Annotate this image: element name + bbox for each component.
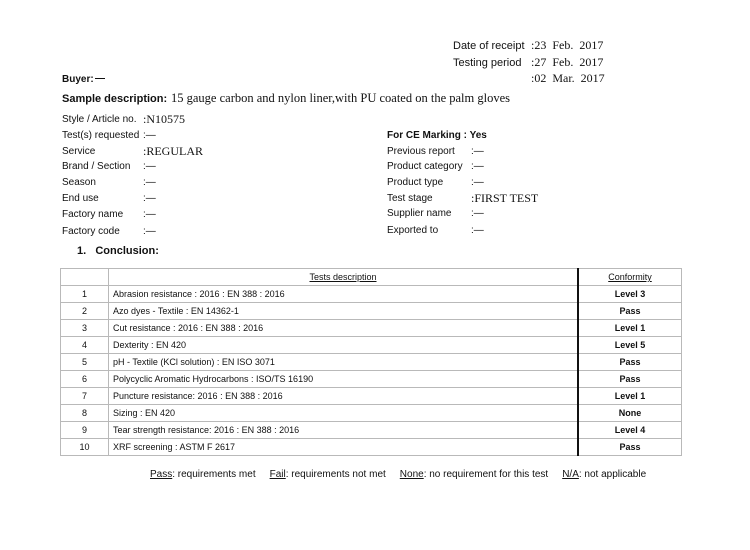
row-conformity: Pass <box>578 303 682 320</box>
right-field-value: :— <box>471 208 484 219</box>
row-number: 6 <box>61 371 109 388</box>
row-description: Azo dyes - Textile : EN 14362-1 <box>109 303 579 320</box>
right-field-label: Previous report <box>387 146 455 157</box>
table-row: 4Dexterity : EN 420Level 5 <box>61 337 682 354</box>
buyer-label: Buyer: <box>62 74 94 85</box>
row-description: Cut resistance : 2016 : EN 388 : 2016 <box>109 320 579 337</box>
left-field-value: :— <box>143 130 156 141</box>
header-conformity: Conformity <box>578 269 682 286</box>
left-field-value: :— <box>143 226 156 237</box>
testing-period-label: Testing period <box>453 57 522 69</box>
right-field-value: :— <box>471 177 484 188</box>
row-description: Tear strength resistance: 2016 : EN 388 … <box>109 422 579 439</box>
row-conformity: Level 5 <box>578 337 682 354</box>
row-description: Abrasion resistance : 2016 : EN 388 : 20… <box>109 286 579 303</box>
right-field-label: Product type <box>387 177 443 188</box>
row-number: 5 <box>61 354 109 371</box>
ce-marking: For CE Marking : Yes <box>387 130 487 141</box>
table-row: 9Tear strength resistance: 2016 : EN 388… <box>61 422 682 439</box>
row-number: 2 <box>61 303 109 320</box>
left-field-label: Service <box>62 146 95 157</box>
row-number: 3 <box>61 320 109 337</box>
sample-description-value: 15 gauge carbon and nylon liner,with PU … <box>171 91 510 106</box>
row-conformity: Pass <box>578 371 682 388</box>
legend-term: N/A <box>562 469 579 480</box>
right-field-label: Exported to <box>387 225 438 236</box>
legend-term: None <box>400 469 424 480</box>
legend-term: Fail <box>270 469 286 480</box>
right-field-label: Test stage <box>387 193 433 204</box>
row-conformity: None <box>578 405 682 422</box>
right-field-label: Supplier name <box>387 208 451 219</box>
right-field-value: :— <box>471 146 484 157</box>
table-row: 8Sizing : EN 420None <box>61 405 682 422</box>
table-row: 5pH - Textile (KCl solution) : EN ISO 30… <box>61 354 682 371</box>
legend-text: : requirements not met <box>286 469 386 480</box>
left-field-label: Brand / Section <box>62 161 130 172</box>
conclusion-table: Tests description Conformity 1Abrasion r… <box>60 268 682 456</box>
left-field-label: Factory code <box>62 226 120 237</box>
row-description: Puncture resistance: 2016 : EN 388 : 201… <box>109 388 579 405</box>
row-conformity: Level 1 <box>578 320 682 337</box>
right-field-value: :FIRST TEST <box>471 191 538 206</box>
sample-description-label: Sample description: <box>62 93 167 105</box>
table-header-row: Tests description Conformity <box>61 269 682 286</box>
left-field-value: :REGULAR <box>143 144 203 159</box>
left-field-value: :— <box>143 177 156 188</box>
row-conformity: Pass <box>578 439 682 456</box>
header-tests-description: Tests description <box>109 269 579 286</box>
date-of-receipt-label: Date of receipt <box>453 40 525 52</box>
legend-item: None: no requirement for this test <box>400 469 548 480</box>
testing-period-end: :02 Mar. 2017 <box>531 71 605 86</box>
left-field-value: :N10575 <box>143 112 185 127</box>
left-field-label: Style / Article no. <box>62 114 136 125</box>
testing-period-start: :27 Feb. 2017 <box>531 55 603 70</box>
conclusion-heading: 1. Conclusion: <box>77 245 159 257</box>
row-number: 8 <box>61 405 109 422</box>
left-field-label: End use <box>62 193 99 204</box>
legend-text: : no requirement for this test <box>424 469 549 480</box>
row-number: 10 <box>61 439 109 456</box>
left-field-value: :— <box>143 161 156 172</box>
left-field-label: Season <box>62 177 96 188</box>
left-field-value: :— <box>143 193 156 204</box>
table-row: 7Puncture resistance: 2016 : EN 388 : 20… <box>61 388 682 405</box>
header-no <box>61 269 109 286</box>
right-field-value: :— <box>471 161 484 172</box>
table-row: 10XRF screening : ASTM F 2617Pass <box>61 439 682 456</box>
left-field-value: :— <box>143 209 156 220</box>
row-number: 9 <box>61 422 109 439</box>
right-field-value: :— <box>471 225 484 236</box>
legend-item: Fail: requirements not met <box>270 469 386 480</box>
left-field-label: Test(s) requested <box>62 130 139 141</box>
right-field-label: Product category <box>387 161 463 172</box>
date-of-receipt-value: :23 Feb. 2017 <box>531 38 603 53</box>
table-row: 3Cut resistance : 2016 : EN 388 : 2016Le… <box>61 320 682 337</box>
row-description: Sizing : EN 420 <box>109 405 579 422</box>
legend: Pass: requirements metFail: requirements… <box>150 469 660 480</box>
row-description: pH - Textile (KCl solution) : EN ISO 307… <box>109 354 579 371</box>
legend-item: N/A: not applicable <box>562 469 646 480</box>
row-conformity: Level 3 <box>578 286 682 303</box>
row-description: XRF screening : ASTM F 2617 <box>109 439 579 456</box>
row-conformity: Pass <box>578 354 682 371</box>
legend-item: Pass: requirements met <box>150 469 256 480</box>
buyer-value: — <box>95 73 105 84</box>
left-field-label: Factory name <box>62 209 123 220</box>
legend-text: : requirements met <box>172 469 255 480</box>
row-description: Dexterity : EN 420 <box>109 337 579 354</box>
legend-term: Pass <box>150 469 172 480</box>
table-row: 2Azo dyes - Textile : EN 14362-1Pass <box>61 303 682 320</box>
row-number: 7 <box>61 388 109 405</box>
row-number: 4 <box>61 337 109 354</box>
table-row: 1Abrasion resistance : 2016 : EN 388 : 2… <box>61 286 682 303</box>
legend-text: : not applicable <box>579 469 646 480</box>
table-row: 6Polycyclic Aromatic Hydrocarbons : ISO/… <box>61 371 682 388</box>
row-number: 1 <box>61 286 109 303</box>
row-conformity: Level 1 <box>578 388 682 405</box>
row-description: Polycyclic Aromatic Hydrocarbons : ISO/T… <box>109 371 579 388</box>
row-conformity: Level 4 <box>578 422 682 439</box>
